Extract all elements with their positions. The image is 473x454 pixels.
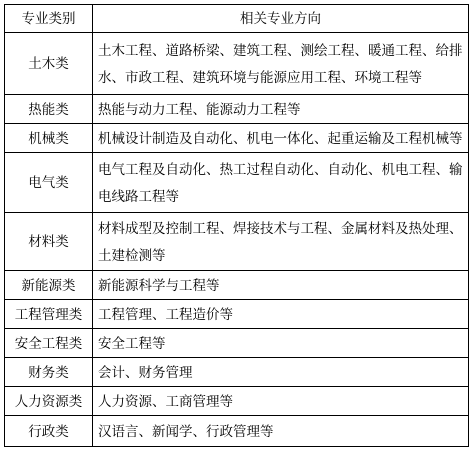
category-cell: 机械类: [5, 124, 93, 153]
majors-cell: 机械设计制造及自动化、机电一体化、起重运输及工程机械等: [93, 124, 469, 153]
majors-cell: 会计、财务管理: [93, 358, 469, 387]
majors-cell: 安全工程等: [93, 329, 469, 358]
table-row: 新能源类 新能源科学与工程等: [5, 271, 469, 300]
majors-cell: 电气工程及自动化、热工过程自动化、自动化、机电工程、输电线路工程等: [93, 153, 469, 213]
table-row: 热能类 热能与动力工程、能源动力工程等: [5, 95, 469, 124]
table-row: 安全工程类 安全工程等: [5, 329, 469, 358]
table-row: 土木类 土木工程、道路桥梁、建筑工程、测绘工程、暖通工程、给排水、市政工程、建筑…: [5, 33, 469, 95]
majors-header-cell: 相关专业方向: [93, 5, 469, 33]
majors-cell: 土木工程、道路桥梁、建筑工程、测绘工程、暖通工程、给排水、市政工程、建筑环境与能…: [93, 33, 469, 95]
table-row: 财务类 会计、财务管理: [5, 358, 469, 387]
page: 专业类别 相关专业方向 土木类 土木工程、道路桥梁、建筑工程、测绘工程、暖通工程…: [0, 4, 473, 454]
majors-cell: 新能源科学与工程等: [93, 271, 469, 300]
category-header-cell: 专业类别: [5, 5, 93, 33]
category-cell: 财务类: [5, 358, 93, 387]
category-cell: 工程管理类: [5, 300, 93, 329]
category-cell: 电气类: [5, 153, 93, 213]
majors-cell: 汉语言、新闻学、行政管理等: [93, 416, 469, 447]
majors-table: 专业类别 相关专业方向 土木类 土木工程、道路桥梁、建筑工程、测绘工程、暖通工程…: [4, 4, 469, 447]
table-row: 材料类 材料成型及控制工程、焊接技术与工程、金属材料及热处理、土建检测等: [5, 213, 469, 271]
majors-cell: 工程管理、工程造价等: [93, 300, 469, 329]
majors-cell: 人力资源、工商管理等: [93, 387, 469, 416]
majors-cell: 材料成型及控制工程、焊接技术与工程、金属材料及热处理、土建检测等: [93, 213, 469, 271]
category-cell: 新能源类: [5, 271, 93, 300]
category-cell: 人力资源类: [5, 387, 93, 416]
table-row: 行政类 汉语言、新闻学、行政管理等: [5, 416, 469, 447]
table-row: 工程管理类 工程管理、工程造价等: [5, 300, 469, 329]
table-row: 电气类 电气工程及自动化、热工过程自动化、自动化、机电工程、输电线路工程等: [5, 153, 469, 213]
category-cell: 材料类: [5, 213, 93, 271]
table-row: 人力资源类 人力资源、工商管理等: [5, 387, 469, 416]
table-row: 机械类 机械设计制造及自动化、机电一体化、起重运输及工程机械等: [5, 124, 469, 153]
category-cell: 热能类: [5, 95, 93, 124]
category-cell: 土木类: [5, 33, 93, 95]
majors-cell: 热能与动力工程、能源动力工程等: [93, 95, 469, 124]
header-row: 专业类别 相关专业方向: [5, 5, 469, 33]
category-cell: 安全工程类: [5, 329, 93, 358]
category-cell: 行政类: [5, 416, 93, 447]
